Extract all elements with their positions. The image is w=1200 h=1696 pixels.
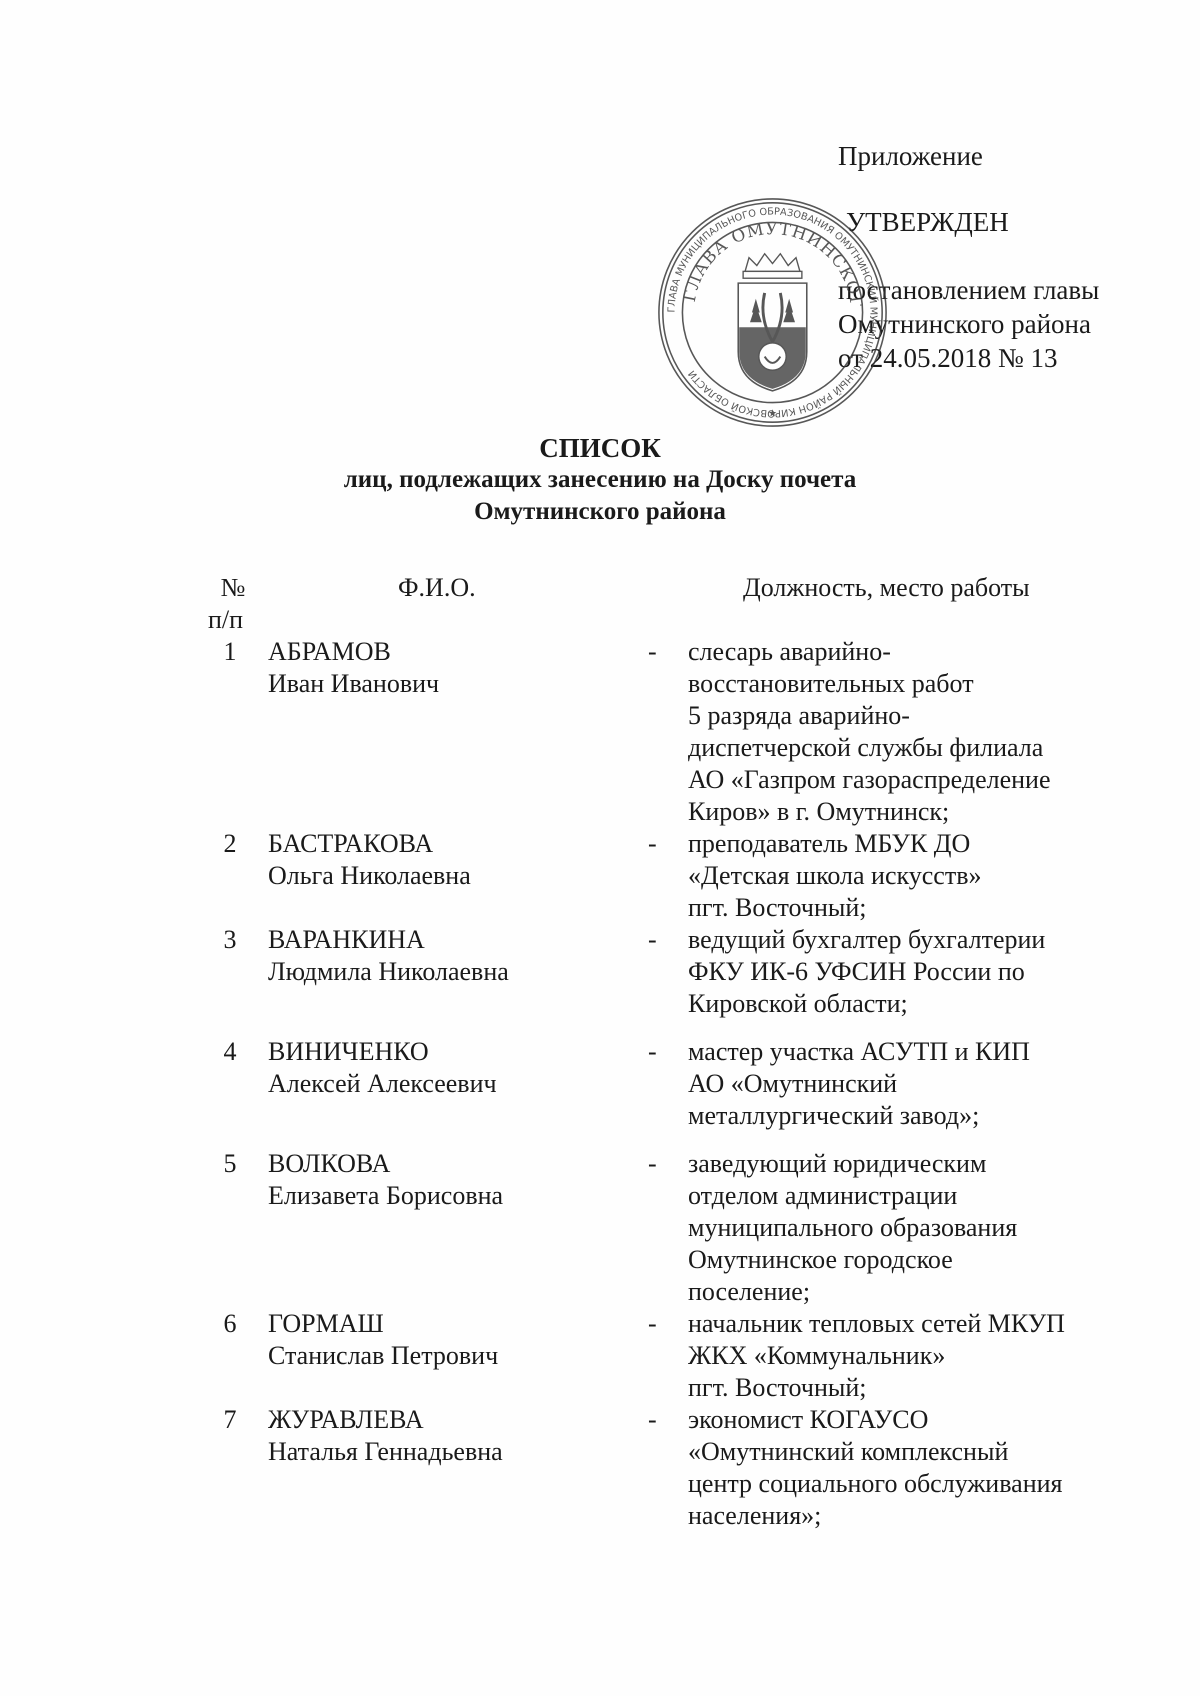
position-line: ЖКХ «Коммунальник» [688,1340,1108,1372]
row-dash: - [648,1308,657,1340]
position-line: пгт. Восточный; [688,1372,1108,1404]
document-title: СПИСОК лиц, подлежащих занесению на Доск… [0,432,1200,528]
row-number: 3 [218,924,242,956]
position-line: пгт. Восточный; [688,892,1108,924]
row-number: 4 [218,1036,242,1068]
row-dash: - [648,828,657,860]
position-line: ведущий бухгалтер бухгалтерии [688,924,1108,956]
row-dash: - [648,1148,657,1180]
position-line: слесарь аварийно- [688,636,1108,668]
position-line: экономист КОГАУСО [688,1404,1108,1436]
row-number: 1 [218,636,242,668]
position-line: АО «Газпром газораспределение [688,764,1108,796]
position-line: восстановительных работ [688,668,1108,700]
row-surname: ВИНИЧЕНКО [268,1036,429,1068]
title-line-1: СПИСОК [0,432,1200,464]
row-dash: - [648,1036,657,1068]
position-line: заведующий юридическим [688,1148,1108,1180]
svg-text:★: ★ [768,408,777,419]
position-line: ФКУ ИК-6 УФСИН России по [688,956,1108,988]
position-line: преподаватель МБУК ДО [688,828,1108,860]
position-line: Киров» в г. Омутнинск; [688,796,1108,828]
row-given-name: Наталья Геннадьевна [268,1436,503,1468]
row-number: 7 [218,1404,242,1436]
position-line: металлургический завод»; [688,1100,1108,1132]
row-given-name: Елизавета Борисовна [268,1180,503,1212]
position-line: АО «Омутнинский [688,1068,1108,1100]
position-line: 5 разряда аварийно- [688,700,1108,732]
row-number: 5 [218,1148,242,1180]
row-given-name: Людмила Николаевна [268,956,509,988]
row-position: экономист КОГАУСО «Омутнинский комплексн… [688,1404,1108,1532]
document-page: Приложение УТВЕРЖДЕН постановлением глав… [0,0,1200,1696]
row-surname: ЖУРАВЛЕВА [268,1404,424,1436]
official-seal-icon: ГЛАВА МУНИЦИПАЛЬНОГО ОБРАЗОВАНИЯ ОМУТНИН… [655,195,890,430]
position-line: Кировской области; [688,988,1108,1020]
header-number: № [213,572,253,604]
position-line: поселение; [688,1276,1108,1308]
row-position: преподаватель МБУК ДО «Детская школа иск… [688,828,1108,924]
row-given-name: Ольга Николаевна [268,860,471,892]
row-number: 2 [218,828,242,860]
position-line: населения»; [688,1500,1108,1532]
row-dash: - [648,1404,657,1436]
title-line-3: Омутнинского района [0,496,1200,528]
row-surname: ВОЛКОВА [268,1148,390,1180]
row-given-name: Станислав Петрович [268,1340,498,1372]
row-position: заведующий юридическим отделом администр… [688,1148,1108,1308]
row-surname: ГОРМАШ [268,1308,384,1340]
row-given-name: Алексей Алексеевич [268,1068,497,1100]
header-position: Должность, место работы [743,572,1030,604]
position-line: «Детская школа искусств» [688,860,1108,892]
position-line: муниципального образования [688,1212,1108,1244]
row-number: 6 [218,1308,242,1340]
row-position: ведущий бухгалтер бухгалтерии ФКУ ИК-6 У… [688,924,1108,1020]
row-dash: - [648,636,657,668]
position-line: мастер участка АСУТП и КИП [688,1036,1108,1068]
header-fio: Ф.И.О. [398,572,476,604]
row-dash: - [648,924,657,956]
header-number-sub: п/п [208,604,243,636]
position-line: «Омутнинский комплексный [688,1436,1108,1468]
position-line: Омутнинское городское [688,1244,1108,1276]
row-surname: БАСТРАКОВА [268,828,433,860]
position-line: диспетчерской службы филиала [688,732,1108,764]
row-given-name: Иван Иванович [268,668,439,700]
position-line: центр социального обслуживания [688,1468,1108,1500]
position-line: отделом администрации [688,1180,1108,1212]
row-position: мастер участка АСУТП и КИП АО «Омутнинск… [688,1036,1108,1132]
title-line-2: лиц, подлежащих занесению на Доску почет… [0,464,1200,496]
position-line: начальник тепловых сетей МКУП [688,1308,1108,1340]
row-surname: АБРАМОВ [268,636,391,668]
row-position: слесарь аварийно- восстановительных рабо… [688,636,1108,828]
appendix-label: Приложение [838,140,983,173]
row-position: начальник тепловых сетей МКУП ЖКХ «Комму… [688,1308,1108,1404]
row-surname: ВАРАНКИНА [268,924,425,956]
